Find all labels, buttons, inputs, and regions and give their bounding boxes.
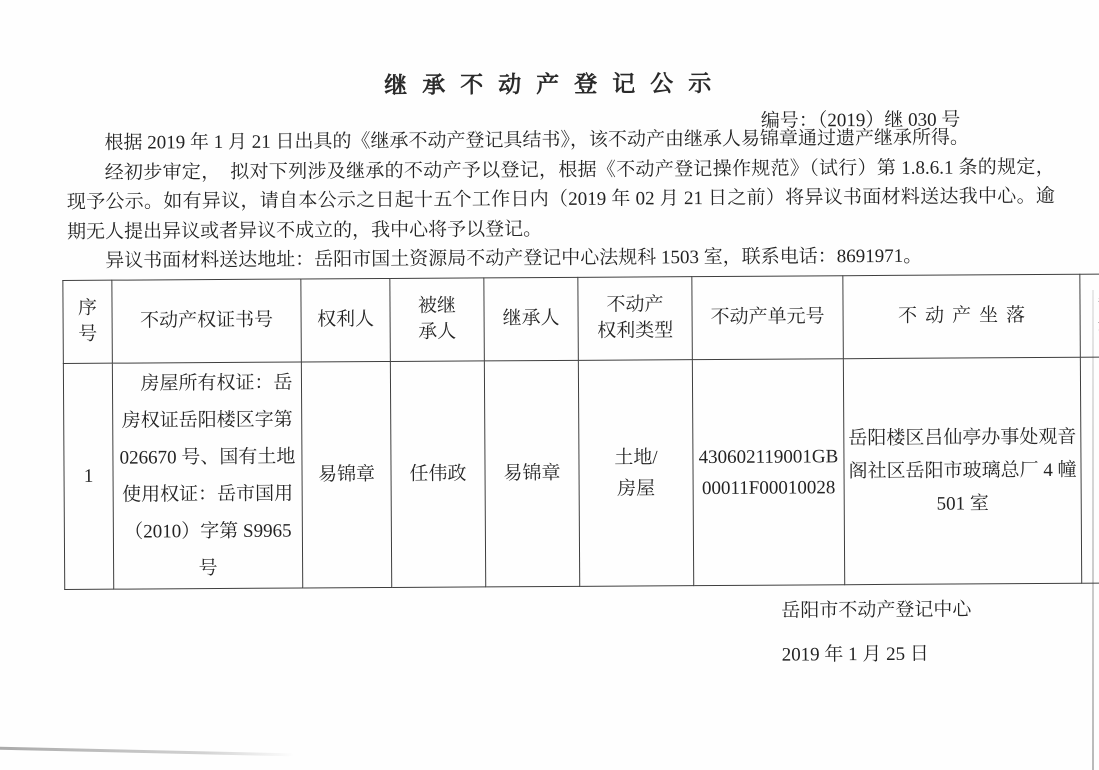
header-cell-holder: 权利人 bbox=[301, 278, 391, 362]
header-cell-seq: 序 号 bbox=[63, 280, 113, 363]
document: 继承不动产登记公示 编号：（2019）继 030 号 根据 2019 年 1 月… bbox=[0, 0, 1099, 770]
footer: 岳阳市不动产登记中心 2019 年 1 月 25 日 bbox=[781, 594, 971, 666]
notice-body: 根据 2019 年 1 月 21 日出具的《继承不动产登记具结书》，该不动产由继… bbox=[66, 123, 1055, 277]
cell-cert: 房屋所有权证：岳房权证岳阳楼区字第 026670 号、国有土地使用权证：岳市国用… bbox=[112, 362, 302, 589]
cell-right-type: 土地/ 房屋 bbox=[578, 360, 693, 587]
notice-paragraph-3: 异议书面材料送达地址：岳阳市国土资源局不动产登记中心法规科 1503 室，联系电… bbox=[67, 241, 1055, 277]
footer-date: 2019 年 1 月 25 日 bbox=[782, 638, 972, 666]
notice-table: 序 号 不动产权证书号 权利人 被继 承人 继承人 不动产 权利类型 不动产单元… bbox=[62, 273, 1099, 590]
notice-paragraph-2: 经初步审定， 拟对下列涉及继承的不动产予以登记，根据《不动产登记操作规范》（试行… bbox=[67, 152, 1056, 247]
header-cell-decedent: 被继 承人 bbox=[390, 278, 485, 362]
cell-holder: 易锦章 bbox=[301, 361, 391, 588]
cell-seq: 1 bbox=[63, 363, 113, 589]
header-cell-heir: 继承人 bbox=[484, 277, 579, 361]
cell-unit: 430602119001GB 00011F00010028 bbox=[692, 359, 844, 586]
header-cell-cert: 不动产权证书号 bbox=[112, 279, 302, 363]
cell-remark: 继 承 bbox=[1080, 357, 1099, 583]
cell-decedent: 任伟政 bbox=[390, 361, 485, 588]
header-cell-right-type: 不动产 权利类型 bbox=[578, 277, 693, 361]
footer-org: 岳阳市不动产登记中心 bbox=[781, 594, 971, 622]
header-cell-remark: 备 注 bbox=[1080, 274, 1099, 357]
header-cell-unit: 不动产单元号 bbox=[692, 276, 844, 360]
cell-heir: 易锦章 bbox=[484, 360, 579, 587]
table-data-row: 1 房屋所有权证：岳房权证岳阳楼区字第 026670 号、国有土地使用权证：岳市… bbox=[63, 357, 1099, 590]
cell-location: 岳阳楼区吕仙亭办事处观音阁社区岳阳市玻璃总厂 4 幢 501 室 bbox=[843, 357, 1081, 584]
table-header-row: 序 号 不动产权证书号 权利人 被继 承人 继承人 不动产 权利类型 不动产单元… bbox=[63, 274, 1099, 364]
scanned-page: 继承不动产登记公示 编号：（2019）继 030 号 根据 2019 年 1 月… bbox=[0, 0, 1099, 770]
page-title: 继承不动产登记公示 bbox=[0, 63, 1097, 103]
header-cell-location: 不动产坐落 bbox=[843, 274, 1081, 358]
